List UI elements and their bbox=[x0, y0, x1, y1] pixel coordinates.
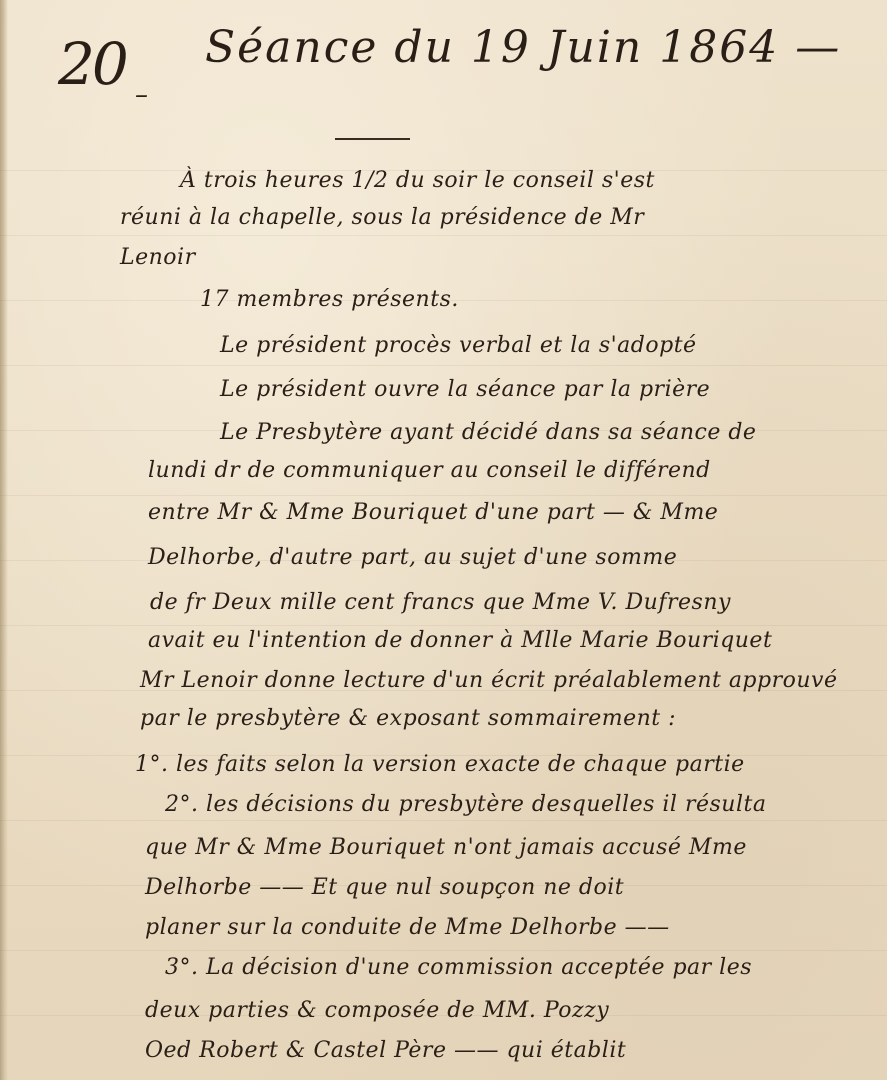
page-binding-edge bbox=[0, 0, 8, 1080]
text-line-17: que Mr & Mme Bouriquet n'ont jamais accu… bbox=[145, 835, 747, 860]
text-line-2: réuni à la chapelle, sous la présidence … bbox=[120, 205, 644, 230]
text-line-19: planer sur la conduite de Mme Delhorbe —… bbox=[145, 915, 670, 940]
text-line-11: de fr Deux mille cent francs que Mme V. … bbox=[150, 590, 731, 615]
text-line-6: Le président ouvre la séance par la priè… bbox=[220, 377, 710, 402]
text-line-10: Delhorbe, d'autre part, au sujet d'une s… bbox=[148, 545, 677, 570]
text-line-16: 2°. les décisions du presbytère desquell… bbox=[165, 792, 766, 817]
title-underline bbox=[335, 138, 410, 140]
text-line-7: Le Presbytère ayant décidé dans sa séanc… bbox=[220, 420, 756, 445]
text-line-1: À trois heures 1/2 du soir le conseil s'… bbox=[180, 168, 655, 193]
text-line-13: Mr Lenoir donne lecture d'un écrit préal… bbox=[140, 668, 837, 693]
text-line-22: Oed Robert & Castel Père —— qui établit bbox=[145, 1038, 626, 1063]
text-line-14: par le presbytère & exposant sommairemen… bbox=[140, 706, 676, 731]
page-number-dash: – bbox=[135, 80, 149, 110]
manuscript-page: 20 – Séance du 19 Juin 1864 — À trois he… bbox=[0, 0, 887, 1080]
text-line-12: avait eu l'intention de donner à Mlle Ma… bbox=[148, 628, 772, 653]
page-number: 20 bbox=[58, 30, 126, 98]
text-line-3: Lenoir bbox=[120, 245, 196, 270]
text-line-9: entre Mr & Mme Bouriquet d'une part — & … bbox=[148, 500, 718, 525]
text-line-20: 3°. La décision d'une commission accepté… bbox=[165, 955, 752, 980]
text-line-15: 1°. les faits selon la version exacte de… bbox=[135, 752, 745, 777]
text-line-18: Delhorbe —— Et que nul soupçon ne doit bbox=[145, 875, 624, 900]
text-line-8: lundi dr de communiquer au conseil le di… bbox=[148, 458, 711, 483]
text-line-4: 17 membres présents. bbox=[200, 287, 459, 312]
session-title: Séance du 19 Juin 1864 — bbox=[205, 22, 841, 73]
text-line-5: Le président procès verbal et la s'adopt… bbox=[220, 333, 697, 358]
text-line-21: deux parties & composée de MM. Pozzy bbox=[145, 998, 609, 1023]
